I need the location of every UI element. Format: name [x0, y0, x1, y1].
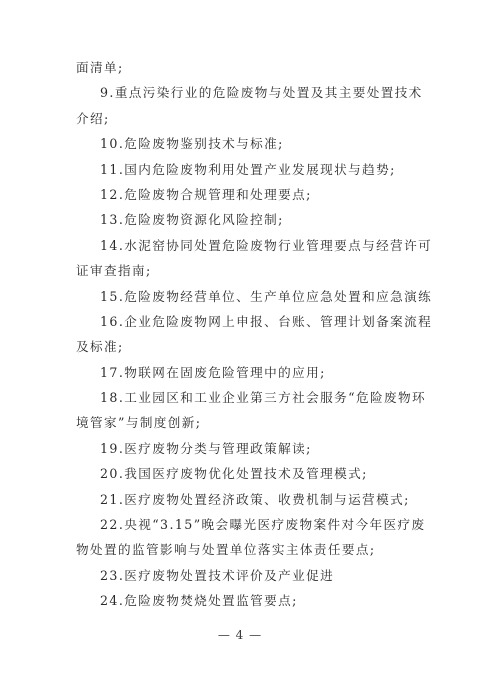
list-item-13: 13.危险废物资源化风险控制; — [76, 207, 412, 232]
list-item-10: 10.危险废物鉴别技术与标准; — [76, 131, 412, 156]
list-item-15: 15.危险废物经营单位、生产单位应急处置和应急演练 — [76, 284, 412, 309]
text-line: 境管家”与制度创新; — [76, 410, 412, 435]
text-line: 面清单; — [76, 55, 412, 80]
page-number: — 4 — — [0, 628, 480, 642]
text-line: 及标准; — [76, 334, 412, 359]
list-item-22: 22.央视“3.15”晚会曝光医疗废物案件对今年医疗废 — [76, 512, 412, 537]
list-item-9: 9.重点污染行业的危险废物与处置及其主要处置技术 — [76, 80, 412, 105]
text-line: 介绍; — [76, 106, 412, 131]
list-item-14: 14.水泥窑协同处置危险废物行业管理要点与经营许可 — [76, 233, 412, 258]
list-item-12: 12.危险废物合规管理和处理要点; — [76, 182, 412, 207]
list-item-23: 23.医疗废物处置技术评价及产业促进 — [76, 563, 412, 588]
list-item-21: 21.医疗废物处置经济政策、收费机制与运营模式; — [76, 487, 412, 512]
list-item-11: 11.国内危险废物利用处置产业发展现状与趋势; — [76, 157, 412, 182]
list-item-20: 20.我国医疗废物优化处置技术及管理模式; — [76, 461, 412, 486]
text-line: 物处置的监管影响与处置单位落实主体责任要点; — [76, 537, 412, 562]
list-item-24: 24.危险废物焚烧处置监管要点; — [76, 588, 412, 613]
list-item-19: 19.医疗废物分类与管理政策解读; — [76, 436, 412, 461]
document-body: 面清单; 9.重点污染行业的危险废物与处置及其主要处置技术 介绍; 10.危险废… — [76, 55, 412, 614]
document-page: 面清单; 9.重点污染行业的危险废物与处置及其主要处置技术 介绍; 10.危险废… — [0, 0, 480, 678]
list-item-18: 18.工业园区和工业企业第三方社会服务“危险废物环 — [76, 385, 412, 410]
text-line: 证审查指南; — [76, 258, 412, 283]
list-item-17: 17.物联网在固废危险管理中的应用; — [76, 360, 412, 385]
list-item-16: 16.企业危险废物网上申报、台账、管理计划备案流程 — [76, 309, 412, 334]
